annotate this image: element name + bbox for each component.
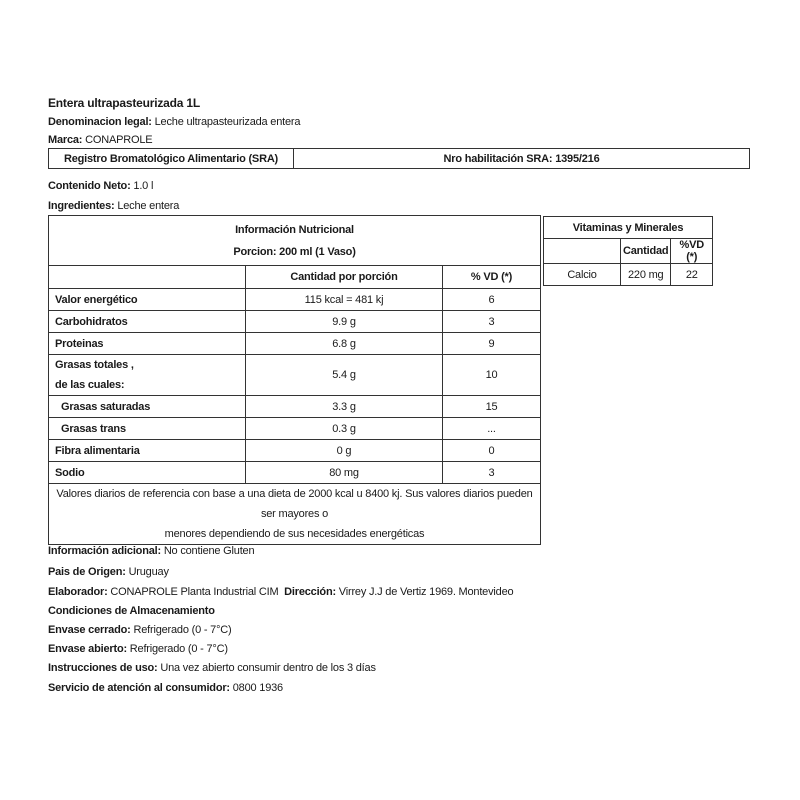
maker-value: CONAPROLE Planta Industrial CIM	[110, 586, 278, 598]
vitamin-amount: 220 mg	[621, 264, 671, 286]
vitamins-table: Vitaminas y Minerales Cantidad %VD (*) C…	[543, 216, 713, 286]
footnote-line2: menores dependiendo de sus necesidades e…	[53, 524, 536, 544]
legal-name-label: Denominacion legal:	[48, 116, 152, 128]
nutrient-name-line2: de las cuales:	[55, 375, 239, 395]
footnote-line1: Valores diarios de referencia con base a…	[53, 484, 536, 524]
nutrition-table: Información Nutricional Porcion: 200 ml …	[48, 215, 541, 545]
address-value: Virrey J.J de Vertiz 1969. Montevideo	[339, 586, 514, 598]
nutrient-vd: 9	[443, 333, 541, 355]
ingredients: Ingredientes: Leche entera	[48, 199, 179, 213]
vitamins-col-vd: %VD (*)	[671, 239, 713, 264]
address-label: Dirección:	[284, 586, 336, 598]
nutrient-amount: 5.4 g	[246, 355, 443, 396]
nutrient-amount: 3.3 g	[246, 396, 443, 418]
open-container: Envase abierto: Refrigerado (0 - 7°C)	[48, 642, 228, 656]
origin-value: Uruguay	[129, 566, 169, 578]
additional-info-value: No contiene Gluten	[164, 545, 255, 557]
col-amount-header: Cantidad por porción	[246, 266, 443, 289]
nutrition-header: Información Nutricional Porcion: 200 ml …	[49, 216, 541, 266]
nutrient-vd: 15	[443, 396, 541, 418]
vitamin-name: Calcio	[544, 264, 621, 286]
nutrient-name-line1: Grasas totales ,	[55, 355, 239, 375]
registry-right: Nro habilitación SRA: 1395/216	[294, 149, 749, 168]
consumer-service-value: 0800 1936	[233, 682, 283, 694]
nutrient-amount: 0.3 g	[246, 418, 443, 440]
vitamin-vd: 22	[671, 264, 713, 286]
nutrient-amount: 80 mg	[246, 462, 443, 484]
nutrient-vd: 6	[443, 289, 541, 311]
nutrient-name: Sodio	[49, 462, 246, 484]
nutrient-vd: 3	[443, 462, 541, 484]
open-label: Envase abierto:	[48, 643, 127, 655]
vitamins-title: Vitaminas y Minerales	[544, 217, 713, 239]
nutrient-name: Valor energético	[49, 289, 246, 311]
table-row: Proteinas 6.8 g 9	[49, 333, 541, 355]
net-content-label: Contenido Neto:	[48, 180, 131, 192]
table-row: Grasas saturadas 3.3 g 15	[49, 396, 541, 418]
storage-heading: Condiciones de Almacenamiento	[48, 604, 215, 618]
vitamins-col-name	[544, 239, 621, 264]
nutrient-vd: ...	[443, 418, 541, 440]
open-value: Refrigerado (0 - 7°C)	[130, 643, 228, 655]
ingredients-label: Ingredientes:	[48, 200, 114, 212]
additional-info-label: Información adicional:	[48, 545, 161, 557]
nutrient-amount: 115 kcal = 481 kj	[246, 289, 443, 311]
additional-info: Información adicional: No contiene Glute…	[48, 544, 254, 558]
net-content: Contenido Neto: 1.0 l	[48, 179, 153, 193]
nutrient-vd: 0	[443, 440, 541, 462]
closed-label: Envase cerrado:	[48, 624, 131, 636]
brand-label: Marca:	[48, 134, 82, 146]
nutrient-name: Proteinas	[49, 333, 246, 355]
table-row: Carbohidratos 9.9 g 3	[49, 311, 541, 333]
nutrient-name: Grasas saturadas	[49, 396, 246, 418]
nutrition-title: Información Nutricional	[55, 219, 534, 241]
table-row: Sodio 80 mg 3	[49, 462, 541, 484]
instructions: Instrucciones de uso: Una vez abierto co…	[48, 661, 376, 675]
product-title: Entera ultrapasteurizada 1L	[48, 96, 200, 110]
instructions-label: Instrucciones de uso:	[48, 662, 158, 674]
vitamins-col-amount: Cantidad	[621, 239, 671, 264]
nutrient-name: Fibra alimentaria	[49, 440, 246, 462]
net-content-value: 1.0 l	[133, 180, 153, 192]
ingredients-value: Leche entera	[117, 200, 179, 212]
maker-label: Elaborador:	[48, 586, 108, 598]
consumer-service: Servicio de atención al consumidor: 0800…	[48, 681, 283, 695]
nutrition-footnote: Valores diarios de referencia con base a…	[49, 484, 541, 545]
nutrient-amount: 9.9 g	[246, 311, 443, 333]
table-row: Calcio 220 mg 22	[544, 264, 713, 286]
closed-container: Envase cerrado: Refrigerado (0 - 7°C)	[48, 623, 231, 637]
nutrient-amount: 0 g	[246, 440, 443, 462]
brand: Marca: CONAPROLE	[48, 133, 152, 147]
col-vd-header: % VD (*)	[443, 266, 541, 289]
table-row: Valor energético 115 kcal = 481 kj 6	[49, 289, 541, 311]
brand-value: CONAPROLE	[85, 134, 152, 146]
origin: Pais de Origen: Uruguay	[48, 565, 169, 579]
nutrient-vd: 10	[443, 355, 541, 396]
closed-value: Refrigerado (0 - 7°C)	[133, 624, 231, 636]
nutrient-name: Grasas trans	[49, 418, 246, 440]
col-name-header	[49, 266, 246, 289]
table-row: Grasas totales , de las cuales: 5.4 g 10	[49, 355, 541, 396]
nutrient-name: Grasas totales , de las cuales:	[49, 355, 246, 396]
maker: Elaborador: CONAPROLE Planta Industrial …	[48, 585, 513, 599]
instructions-value: Una vez abierto consumir dentro de los 3…	[160, 662, 375, 674]
nutrient-name: Carbohidratos	[49, 311, 246, 333]
registry-table: Registro Bromatológico Alimentario (SRA)…	[48, 148, 750, 169]
nutrient-amount: 6.8 g	[246, 333, 443, 355]
consumer-service-label: Servicio de atención al consumidor:	[48, 682, 230, 694]
legal-name: Denominacion legal: Leche ultrapasteuriz…	[48, 115, 300, 129]
nutrient-vd: 3	[443, 311, 541, 333]
table-row: Grasas trans 0.3 g ...	[49, 418, 541, 440]
storage-heading-text: Condiciones de Almacenamiento	[48, 605, 215, 617]
table-row: Fibra alimentaria 0 g 0	[49, 440, 541, 462]
legal-name-value: Leche ultrapasteurizada entera	[155, 116, 301, 128]
registry-left: Registro Bromatológico Alimentario (SRA)	[49, 149, 294, 168]
nutrition-serving: Porcion: 200 ml (1 Vaso)	[55, 241, 534, 263]
origin-label: Pais de Origen:	[48, 566, 126, 578]
